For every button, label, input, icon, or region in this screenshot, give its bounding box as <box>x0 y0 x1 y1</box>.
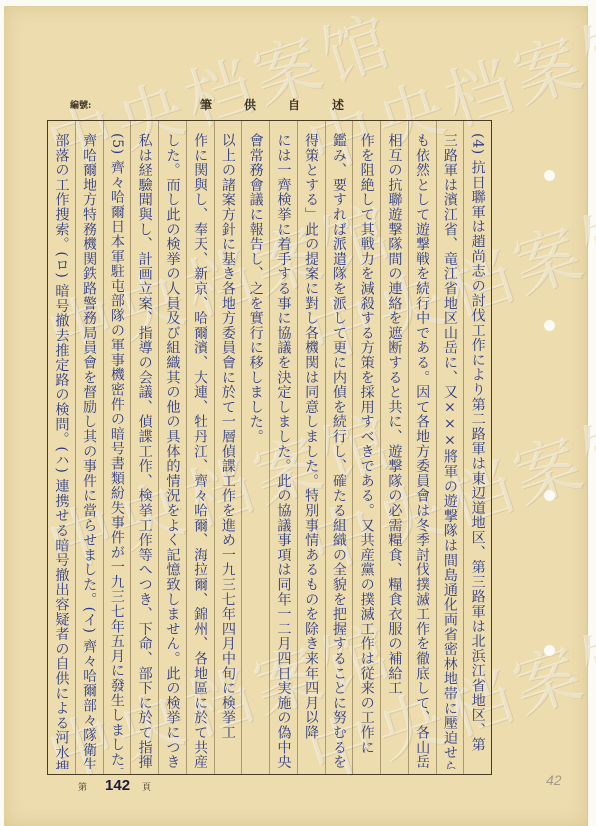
handwritten-text-line: 作に関與し、奉天、新京、哈爾濱、大連、牡丹江、齊々哈爾、海拉爾、錦州、各地區に於… <box>193 133 207 769</box>
form-title-char: 筆 <box>200 96 212 113</box>
manuscript-column: 會常務會議に報告し、之を實行に移しました。 <box>241 121 269 774</box>
handwritten-text-line: 齊哈爾地方特務機関鉄路警務局員會を督励し其の事件に當らせました。(イ) 齊々哈爾… <box>82 133 96 769</box>
page-suffix: 頁 <box>142 780 151 793</box>
handwritten-text-line: 以上の諸案方針に基き各地方委員會に於て一層偵諜工作を進め一九三七年四月中旬に検挙… <box>221 133 235 769</box>
manuscript-column: 私は経驗聞與し、計画立案、指導の会議、偵諜工作、検挙工作等へつき、下命、部下に於… <box>130 121 158 774</box>
manuscript-column: には一齊検挙に着手する事に協議を決定しました。此の協議事項は同年一二月四日実施の… <box>269 121 297 774</box>
handwritten-text-line: 作を阻絶して其戦力を減殺する方策を採用すべきである。又共産黨の撲滅工作は従来の工… <box>360 133 374 769</box>
handwritten-text-line: には一齊検挙に着手する事に協議を決定しました。此の協議事項は同年一二月四日実施の… <box>276 133 290 769</box>
handwritten-text-line: (5) 齊々哈爾日本軍駐屯部隊の軍事機密件の暗号書類紛失事件が一九三七年五月に發… <box>110 133 124 769</box>
manuscript-column: 作に関與し、奉天、新京、哈爾濱、大連、牡丹江、齊々哈爾、海拉爾、錦州、各地區に於… <box>186 121 214 774</box>
handwritten-text-line: 私は経驗聞與し、計画立案、指導の会議、偵諜工作、検挙工作等へつき、下命、部下に於… <box>138 133 152 769</box>
manuscript-column: 齊哈爾地方特務機関鉄路警務局員會を督励し其の事件に當らせました。(イ) 齊々哈爾… <box>75 121 103 774</box>
page-number: 142 <box>105 777 130 794</box>
form-title-char: 自 <box>288 96 300 113</box>
manuscript-column: (5) 齊々哈爾日本軍駐屯部隊の軍事機密件の暗号書類紛失事件が一九三七年五月に發… <box>103 121 131 774</box>
manuscript-column: (4) 抗日聯軍は趙尚志の討伐工作により第二路軍は東辺道地区、第三路軍は北浜江省… <box>463 121 491 774</box>
manuscript-column: 鑑み、要すれば派遣隊を派して更に内偵を続行し、確たる組織の全貌を把握することに努… <box>325 121 353 774</box>
handwritten-text-line: も依然として遊撃戦を続行中である。因て各地方委員會は冬季討伐撲滅工作を徹底して、… <box>415 133 429 769</box>
handwritten-text-line: 三路軍は濱江省、竜江省地区山岳に、又×××將軍の遊撃隊は間島通化両省密林地帯に壓… <box>443 133 457 769</box>
manuscript-column: も依然として遊撃戦を続行中である。因て各地方委員會は冬季討伐撲滅工作を徹底して、… <box>408 121 436 774</box>
page-footer: 第 142 頁 <box>78 777 151 794</box>
manuscript-column: 部落の工作搜索。(ロ) 暗号撤去推定路の検問。(ハ) 連携せる暗号撤出容疑者の自… <box>48 121 75 774</box>
form-title: 筆 供 自 述 <box>200 96 344 113</box>
handwritten-text-line: 得策とする」此の提案に對し各機関は同意しました。特別事情あるものを除き来年四月以… <box>304 133 318 769</box>
punch-hole <box>544 320 555 331</box>
page-edge <box>587 6 588 826</box>
form-title-char: 供 <box>244 96 256 113</box>
manuscript-grid: (4) 抗日聯軍は趙尚志の討伐工作により第二路軍は東辺道地区、第三路軍は北浜江省… <box>47 120 492 775</box>
handwritten-text-line: (4) 抗日聯軍は趙尚志の討伐工作により第二路軍は東辺道地区、第三路軍は北浜江省… <box>471 133 485 769</box>
page-prefix: 第 <box>78 780 87 793</box>
manuscript-column: した。而し此の検挙の人員及び組織其の他の具体的情況をよく記憶致しません。此の検挙… <box>158 121 186 774</box>
manuscript-column: 三路軍は濱江省、竜江省地区山岳に、又×××將軍の遊撃隊は間島通化両省密林地帯に壓… <box>436 121 464 774</box>
punch-hole <box>544 645 555 656</box>
manuscript-column: 得策とする」此の提案に對し各機関は同意しました。特別事情あるものを除き来年四月以… <box>297 121 325 774</box>
handwritten-text-line: した。而し此の検挙の人員及び組織其の他の具体的情況をよく記憶致しません。此の検挙… <box>165 133 179 769</box>
archive-pencil-number: 42 <box>546 772 562 788</box>
punch-hole <box>544 490 555 501</box>
handwritten-text-line: 鑑み、要すれば派遣隊を派して更に内偵を続行し、確たる組織の全貌を把握することに努… <box>332 133 346 769</box>
form-title-char: 述 <box>332 96 344 113</box>
punch-hole <box>544 170 555 181</box>
handwritten-text-line: 相互の抗聯遊撃隊間の連絡を遮断すると共に、遊撃隊の必需糧食、糧食衣服の補給工 <box>387 133 401 769</box>
handwritten-text-line: 部落の工作搜索。(ロ) 暗号撤去推定路の検問。(ハ) 連携せる暗号撤出容疑者の自… <box>54 133 68 769</box>
handwritten-text-line: 會常務會議に報告し、之を實行に移しました。 <box>249 133 263 769</box>
manuscript-column: 以上の諸案方針に基き各地方委員會に於て一層偵諜工作を進め一九三七年四月中旬に検挙… <box>214 121 242 774</box>
manuscript-column: 作を阻絶して其戦力を減殺する方策を採用すべきである。又共産黨の撲滅工作は従来の工… <box>352 121 380 774</box>
document-number-label: 編號: <box>70 98 91 111</box>
manuscript-column: 相互の抗聯遊撃隊間の連絡を遮断すると共に、遊撃隊の必需糧食、糧食衣服の補給工 <box>380 121 408 774</box>
